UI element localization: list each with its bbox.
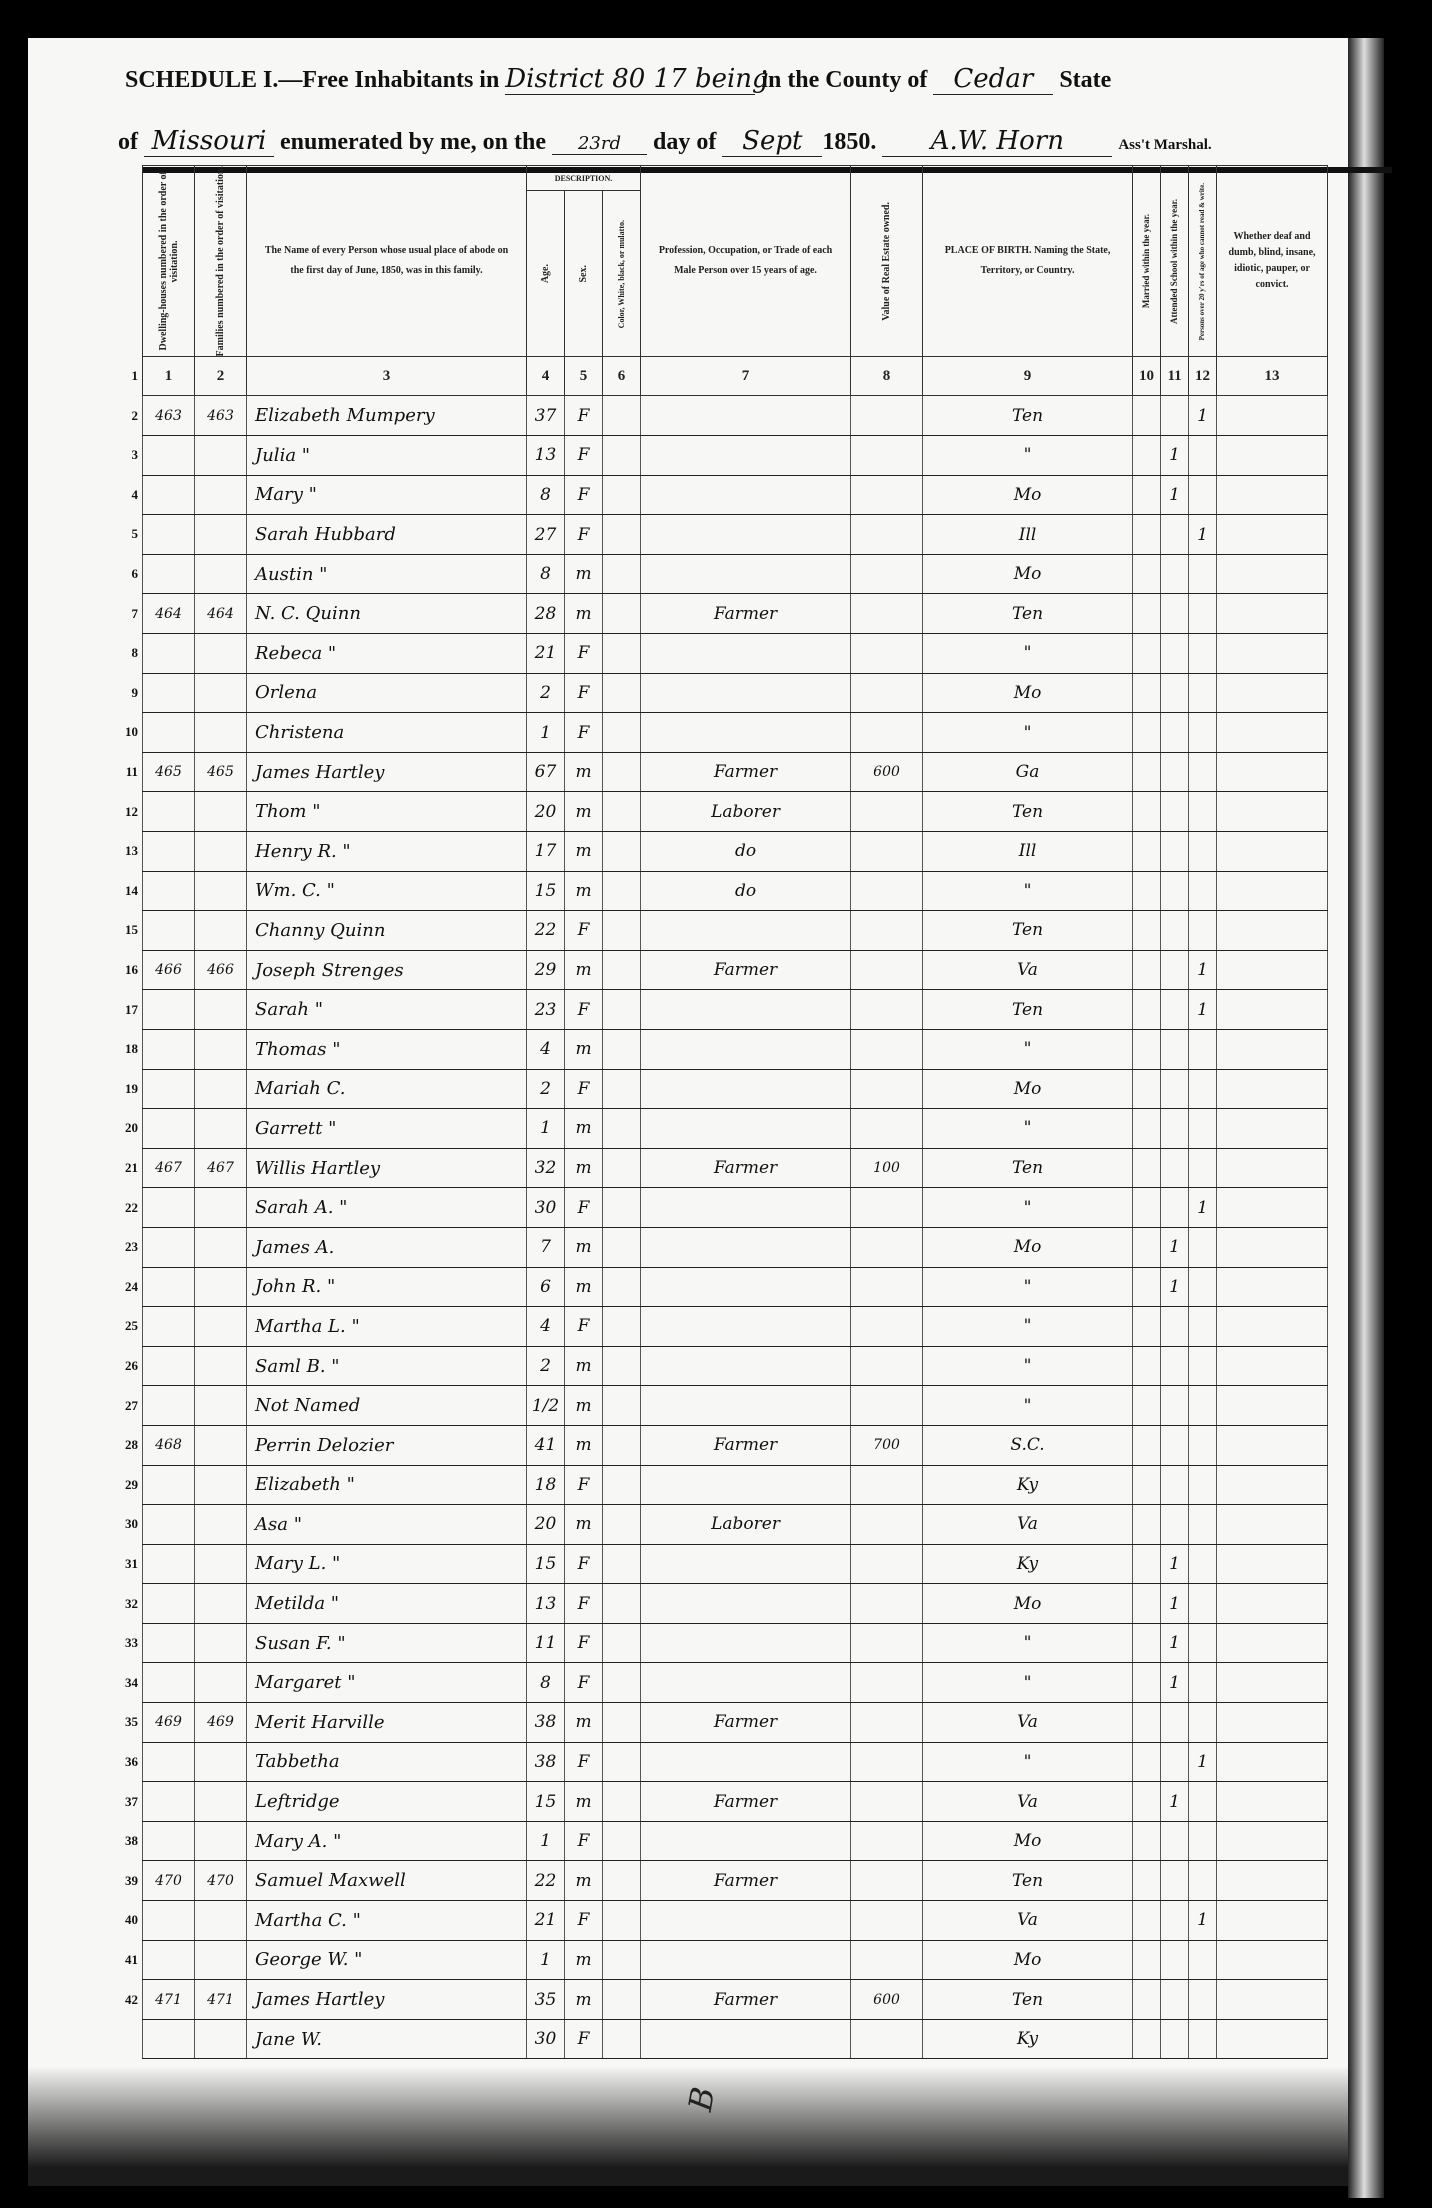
sex-cell: F — [565, 1901, 603, 1941]
person-name-cell: Mary " — [247, 475, 527, 515]
condition-cell — [1217, 1703, 1328, 1743]
age-cell: 1 — [527, 1940, 565, 1980]
birthplace-cell: Mo — [923, 475, 1133, 515]
condition-cell — [1217, 673, 1328, 713]
dwelling-number-cell: 469 — [143, 1703, 195, 1743]
occupation-cell: Farmer — [641, 1148, 851, 1188]
occupation-cell: Farmer — [641, 752, 851, 792]
person-name-cell: Mary A. " — [247, 1821, 527, 1861]
cannot-read-mark-cell — [1189, 1980, 1217, 2020]
table-row: Elizabeth "18FKy — [143, 1465, 1328, 1505]
cannot-read-mark-cell — [1189, 1703, 1217, 1743]
line-number: 38 — [112, 1833, 138, 1849]
age-cell: 15 — [527, 1544, 565, 1584]
married-mark-cell — [1133, 634, 1161, 674]
dwelling-number-cell — [143, 1742, 195, 1782]
age-cell: 8 — [527, 1663, 565, 1703]
color-cell — [603, 1544, 641, 1584]
condition-cell — [1217, 752, 1328, 792]
family-number-cell — [195, 1821, 247, 1861]
condition-cell — [1217, 634, 1328, 674]
table-row: Sarah A. "30F"1 — [143, 1188, 1328, 1228]
real-estate-value-cell — [851, 1109, 923, 1149]
cannot-read-mark-cell — [1189, 1663, 1217, 1703]
real-estate-value-cell — [851, 713, 923, 753]
color-cell — [603, 1148, 641, 1188]
birthplace-cell: Mo — [923, 1069, 1133, 1109]
real-estate-value-cell — [851, 1307, 923, 1347]
color-cell — [603, 752, 641, 792]
table-row: 468Perrin Delozier41mFarmer700S.C. — [143, 1425, 1328, 1465]
sex-cell: m — [565, 1425, 603, 1465]
birthplace-cell: Va — [923, 1901, 1133, 1941]
county-field: Cedar — [933, 64, 1053, 95]
birthplace-cell: Ten — [923, 594, 1133, 634]
person-name-cell: Christena — [247, 713, 527, 753]
school-mark-cell — [1161, 594, 1189, 634]
age-cell: 13 — [527, 1584, 565, 1624]
dwelling-number-cell — [143, 475, 195, 515]
school-mark-cell — [1161, 1029, 1189, 1069]
color-cell — [603, 515, 641, 555]
person-name-cell: Samuel Maxwell — [247, 1861, 527, 1901]
person-name-cell: Sarah " — [247, 990, 527, 1030]
occupation-cell — [641, 436, 851, 476]
table-row: Thom "20mLaborerTen — [143, 792, 1328, 832]
person-name-cell: Martha C. " — [247, 1901, 527, 1941]
person-name-cell: Susan F. " — [247, 1623, 527, 1663]
color-cell — [603, 1386, 641, 1426]
real-estate-value-cell — [851, 515, 923, 555]
family-number-cell — [195, 1544, 247, 1584]
real-estate-value-cell — [851, 594, 923, 634]
condition-cell — [1217, 1148, 1328, 1188]
birthplace-cell: Mo — [923, 1940, 1133, 1980]
adjacent-page-edge — [1384, 38, 1432, 2208]
cannot-read-mark-cell — [1189, 436, 1217, 476]
family-number-cell — [195, 1425, 247, 1465]
cannot-read-mark-cell — [1189, 1386, 1217, 1426]
married-mark-cell — [1133, 1663, 1161, 1703]
condition-cell — [1217, 1861, 1328, 1901]
sex-cell: F — [565, 634, 603, 674]
school-mark-cell: 1 — [1161, 1267, 1189, 1307]
condition-cell — [1217, 1227, 1328, 1267]
dwelling-number-cell: 463 — [143, 396, 195, 436]
cannot-read-mark-cell — [1189, 1029, 1217, 1069]
person-name-cell: James A. — [247, 1227, 527, 1267]
sex-cell: m — [565, 1782, 603, 1822]
condition-cell — [1217, 1940, 1328, 1980]
table-row: 469469Merit Harville38mFarmerVa — [143, 1703, 1328, 1743]
cannot-read-mark-cell — [1189, 1584, 1217, 1624]
column-number: 5 — [565, 357, 603, 396]
line-number: 4 — [112, 487, 138, 503]
color-cell — [603, 1584, 641, 1624]
occupation-cell — [641, 1188, 851, 1228]
condition-cell — [1217, 1425, 1328, 1465]
table-row: Leftridge15mFarmerVa1 — [143, 1782, 1328, 1822]
dwelling-number-cell: 464 — [143, 594, 195, 634]
dwelling-number-cell: 470 — [143, 1861, 195, 1901]
sex-cell: F — [565, 1307, 603, 1347]
condition-cell — [1217, 950, 1328, 990]
cannot-read-mark-cell — [1189, 1861, 1217, 1901]
line-number: 22 — [112, 1200, 138, 1216]
birthplace-cell: Ten — [923, 792, 1133, 832]
person-name-cell: Elizabeth " — [247, 1465, 527, 1505]
cannot-read-mark-cell — [1189, 1425, 1217, 1465]
color-cell — [603, 1188, 641, 1228]
real-estate-value-cell — [851, 1544, 923, 1584]
condition-cell — [1217, 1584, 1328, 1624]
occupation-cell — [641, 1821, 851, 1861]
cannot-read-mark-cell — [1189, 1069, 1217, 1109]
table-row: Rebeca "21F" — [143, 634, 1328, 674]
color-cell — [603, 475, 641, 515]
birthplace-cell: " — [923, 871, 1133, 911]
occupation-cell: Farmer — [641, 1782, 851, 1822]
age-cell: 4 — [527, 1307, 565, 1347]
sex-cell: F — [565, 673, 603, 713]
cannot-read-mark-cell — [1189, 1544, 1217, 1584]
sex-cell: F — [565, 713, 603, 753]
person-name-cell: Margaret " — [247, 1663, 527, 1703]
condition-cell — [1217, 990, 1328, 1030]
occupation-cell — [641, 1069, 851, 1109]
month-field: Sept — [722, 126, 822, 157]
column-header-dwelling: Dwelling-houses numbered in the order of… — [143, 166, 195, 357]
color-cell — [603, 1782, 641, 1822]
sex-cell: F — [565, 2019, 603, 2059]
age-cell: 22 — [527, 911, 565, 951]
school-mark-cell — [1161, 1821, 1189, 1861]
condition-cell — [1217, 1386, 1328, 1426]
birthplace-cell: " — [923, 634, 1133, 674]
school-mark-cell — [1161, 713, 1189, 753]
person-name-cell: Willis Hartley — [247, 1148, 527, 1188]
dwelling-number-cell: 471 — [143, 1980, 195, 2020]
school-mark-cell — [1161, 1980, 1189, 2020]
married-mark-cell — [1133, 1386, 1161, 1426]
dwelling-number-cell — [143, 1227, 195, 1267]
school-mark-cell — [1161, 2019, 1189, 2059]
married-mark-cell — [1133, 1267, 1161, 1307]
color-cell — [603, 1901, 641, 1941]
cannot-read-mark-cell — [1189, 1109, 1217, 1149]
birthplace-cell: Mo — [923, 673, 1133, 713]
dwelling-number-cell — [143, 1109, 195, 1149]
occupation-cell: Farmer — [641, 1703, 851, 1743]
married-mark-cell — [1133, 1861, 1161, 1901]
real-estate-value-cell — [851, 1227, 923, 1267]
family-number-cell — [195, 1465, 247, 1505]
table-row: Saml B. "2m" — [143, 1346, 1328, 1386]
cannot-read-mark-cell — [1189, 554, 1217, 594]
condition-cell — [1217, 1465, 1328, 1505]
age-cell: 8 — [527, 554, 565, 594]
family-number-cell — [195, 1346, 247, 1386]
table-row: Sarah "23FTen1 — [143, 990, 1328, 1030]
dwelling-number-cell: 465 — [143, 752, 195, 792]
birthplace-cell: Va — [923, 950, 1133, 990]
birthplace-cell: Ten — [923, 1148, 1133, 1188]
line-number: 12 — [112, 804, 138, 820]
family-number-cell — [195, 1109, 247, 1149]
real-estate-value-cell — [851, 1623, 923, 1663]
person-name-cell: Merit Harville — [247, 1703, 527, 1743]
color-cell — [603, 911, 641, 951]
sex-cell: m — [565, 792, 603, 832]
sex-cell: m — [565, 1386, 603, 1426]
age-cell: 67 — [527, 752, 565, 792]
condition-cell — [1217, 832, 1328, 872]
real-estate-value-cell — [851, 990, 923, 1030]
occupation-cell: Farmer — [641, 1425, 851, 1465]
person-name-cell: Perrin Delozier — [247, 1425, 527, 1465]
family-number-cell — [195, 1227, 247, 1267]
line-number: 23 — [112, 1239, 138, 1255]
occupation-cell — [641, 673, 851, 713]
column-header-birthplace: PLACE OF BIRTH. Naming the State, Territ… — [923, 166, 1133, 357]
family-number-cell: 471 — [195, 1980, 247, 2020]
dwelling-number-cell — [143, 1267, 195, 1307]
condition-cell — [1217, 1782, 1328, 1822]
cannot-read-mark-cell — [1189, 871, 1217, 911]
school-mark-cell — [1161, 832, 1189, 872]
occupation-cell — [641, 1346, 851, 1386]
sex-cell: F — [565, 1544, 603, 1584]
census-rows: 463463Elizabeth Mumpery37FTen1Julia "13F… — [143, 396, 1328, 2059]
occupation-cell — [641, 515, 851, 555]
age-cell: 8 — [527, 475, 565, 515]
occupation-cell — [641, 1465, 851, 1505]
table-row: Mary L. "15FKy1 — [143, 1544, 1328, 1584]
line-number: 11 — [112, 764, 138, 780]
real-estate-value-cell — [851, 1901, 923, 1941]
person-name-cell: Leftridge — [247, 1782, 527, 1822]
age-cell: 21 — [527, 1901, 565, 1941]
person-name-cell: Julia " — [247, 436, 527, 476]
school-mark-cell — [1161, 871, 1189, 911]
occupation-cell: Laborer — [641, 1505, 851, 1545]
cannot-read-mark-cell — [1189, 1821, 1217, 1861]
birthplace-cell: Mo — [923, 1584, 1133, 1624]
table-row: John R. "6m"1 — [143, 1267, 1328, 1307]
sex-cell: m — [565, 1505, 603, 1545]
line-number: 3 — [112, 447, 138, 463]
occupation-cell — [641, 475, 851, 515]
family-number-cell — [195, 1782, 247, 1822]
married-mark-cell — [1133, 832, 1161, 872]
table-row: Not Named1/2m" — [143, 1386, 1328, 1426]
color-cell — [603, 673, 641, 713]
birthplace-cell: " — [923, 1109, 1133, 1149]
birthplace-cell: Va — [923, 1782, 1133, 1822]
line-number: 5 — [112, 526, 138, 542]
column-header-family: Families numbered in the order of visita… — [195, 166, 247, 357]
dwelling-number-cell — [143, 1465, 195, 1505]
person-name-cell: Mariah C. — [247, 1069, 527, 1109]
real-estate-value-cell — [851, 1663, 923, 1703]
occupation-cell — [641, 1307, 851, 1347]
age-cell: 1 — [527, 1109, 565, 1149]
column-header-cannot-read: Persons over 20 y'rs of age who cannot r… — [1189, 166, 1217, 357]
table-row: Mariah C.2FMo — [143, 1069, 1328, 1109]
real-estate-value-cell — [851, 475, 923, 515]
cannot-read-mark-cell — [1189, 832, 1217, 872]
sex-cell: F — [565, 990, 603, 1030]
cannot-read-mark-cell — [1189, 1267, 1217, 1307]
column-number: 10 — [1133, 357, 1161, 396]
color-cell — [603, 950, 641, 990]
day-of-label: day of — [653, 129, 716, 155]
real-estate-value-cell — [851, 2019, 923, 2059]
state-label: State — [1059, 67, 1111, 93]
table-row: Sarah Hubbard27FIll1 — [143, 515, 1328, 555]
line-number: 16 — [112, 962, 138, 978]
dwelling-number-cell — [143, 554, 195, 594]
line-number: 37 — [112, 1794, 138, 1810]
dwelling-number-cell — [143, 792, 195, 832]
real-estate-value-cell — [851, 832, 923, 872]
school-mark-cell — [1161, 673, 1189, 713]
school-mark-cell — [1161, 396, 1189, 436]
occupation-cell — [641, 1029, 851, 1069]
school-mark-cell — [1161, 792, 1189, 832]
dwelling-number-cell — [143, 1346, 195, 1386]
real-estate-value-cell — [851, 1505, 923, 1545]
real-estate-value-cell — [851, 1386, 923, 1426]
person-name-cell: Wm. C. " — [247, 871, 527, 911]
school-mark-cell: 1 — [1161, 436, 1189, 476]
district-field: District 80 17 being — [505, 64, 755, 95]
line-number: 40 — [112, 1912, 138, 1928]
school-mark-cell — [1161, 1861, 1189, 1901]
age-cell: 7 — [527, 1227, 565, 1267]
dwelling-number-cell: 466 — [143, 950, 195, 990]
person-name-cell: Joseph Strenges — [247, 950, 527, 990]
dwelling-number-cell — [143, 1386, 195, 1426]
family-number-cell — [195, 673, 247, 713]
family-number-cell — [195, 990, 247, 1030]
sex-cell: F — [565, 1623, 603, 1663]
line-number: 39 — [112, 1873, 138, 1889]
color-cell — [603, 1109, 641, 1149]
real-estate-value-cell — [851, 1188, 923, 1228]
birthplace-cell: Ga — [923, 752, 1133, 792]
occupation-cell: do — [641, 871, 851, 911]
column-number: 11 — [1161, 357, 1189, 396]
dwelling-number-cell — [143, 1782, 195, 1822]
married-mark-cell — [1133, 1821, 1161, 1861]
condition-cell — [1217, 1663, 1328, 1703]
real-estate-value-cell — [851, 1267, 923, 1307]
real-estate-value-cell — [851, 634, 923, 674]
table-row: 471471James Hartley35mFarmer600Ten — [143, 1980, 1328, 2020]
table-row: Mary A. "1FMo — [143, 1821, 1328, 1861]
line-number: 13 — [112, 843, 138, 859]
occupation-cell — [641, 396, 851, 436]
column-number: 13 — [1217, 357, 1328, 396]
sex-cell: m — [565, 1861, 603, 1901]
married-mark-cell — [1133, 1703, 1161, 1743]
married-mark-cell — [1133, 475, 1161, 515]
school-mark-cell — [1161, 1940, 1189, 1980]
birthplace-cell: " — [923, 713, 1133, 753]
age-cell: 30 — [527, 1188, 565, 1228]
color-cell — [603, 1821, 641, 1861]
cannot-read-mark-cell — [1189, 634, 1217, 674]
person-name-cell: Sarah A. " — [247, 1188, 527, 1228]
occupation-cell — [641, 911, 851, 951]
married-mark-cell — [1133, 1425, 1161, 1465]
table-row: Orlena2FMo — [143, 673, 1328, 713]
school-mark-cell — [1161, 1425, 1189, 1465]
birthplace-cell: " — [923, 1267, 1133, 1307]
birthplace-cell: " — [923, 1623, 1133, 1663]
column-number: 3 — [247, 357, 527, 396]
birthplace-cell: Ten — [923, 1980, 1133, 2020]
column-header-occupation: Profession, Occupation, or Trade of each… — [641, 166, 851, 357]
line-number: 19 — [112, 1081, 138, 1097]
school-mark-cell — [1161, 752, 1189, 792]
dwelling-number-cell — [143, 673, 195, 713]
school-mark-cell — [1161, 1109, 1189, 1149]
school-mark-cell — [1161, 634, 1189, 674]
married-mark-cell — [1133, 1148, 1161, 1188]
real-estate-value-cell — [851, 673, 923, 713]
day-field: 23rd — [552, 133, 647, 155]
sex-cell: m — [565, 1703, 603, 1743]
school-mark-cell: 1 — [1161, 1544, 1189, 1584]
sex-cell: m — [565, 1980, 603, 2020]
family-number-cell — [195, 832, 247, 872]
sex-cell: F — [565, 1663, 603, 1703]
family-number-cell — [195, 792, 247, 832]
table-row: 470470Samuel Maxwell22mFarmerTen — [143, 1861, 1328, 1901]
color-cell — [603, 1267, 641, 1307]
cannot-read-mark-cell — [1189, 475, 1217, 515]
married-mark-cell — [1133, 1940, 1161, 1980]
age-cell: 41 — [527, 1425, 565, 1465]
page-binding — [1348, 38, 1384, 2198]
color-cell — [603, 1029, 641, 1069]
married-mark-cell — [1133, 1505, 1161, 1545]
condition-cell — [1217, 1029, 1328, 1069]
sex-cell: F — [565, 1821, 603, 1861]
birthplace-cell: " — [923, 1386, 1133, 1426]
column-header-name: The Name of every Person whose usual pla… — [247, 166, 527, 357]
family-number-cell — [195, 1267, 247, 1307]
cannot-read-mark-cell — [1189, 1940, 1217, 1980]
age-cell: 1 — [527, 1821, 565, 1861]
condition-cell — [1217, 1188, 1328, 1228]
age-cell: 21 — [527, 634, 565, 674]
dwelling-number-cell — [143, 1069, 195, 1109]
school-mark-cell: 1 — [1161, 1623, 1189, 1663]
dwelling-number-cell — [143, 990, 195, 1030]
cannot-read-mark-cell — [1189, 1505, 1217, 1545]
age-cell: 23 — [527, 990, 565, 1030]
cannot-read-mark-cell — [1189, 1623, 1217, 1663]
school-mark-cell — [1161, 1188, 1189, 1228]
color-cell — [603, 1861, 641, 1901]
person-name-cell: Saml B. " — [247, 1346, 527, 1386]
color-cell — [603, 634, 641, 674]
dwelling-number-cell — [143, 1188, 195, 1228]
condition-cell — [1217, 911, 1328, 951]
